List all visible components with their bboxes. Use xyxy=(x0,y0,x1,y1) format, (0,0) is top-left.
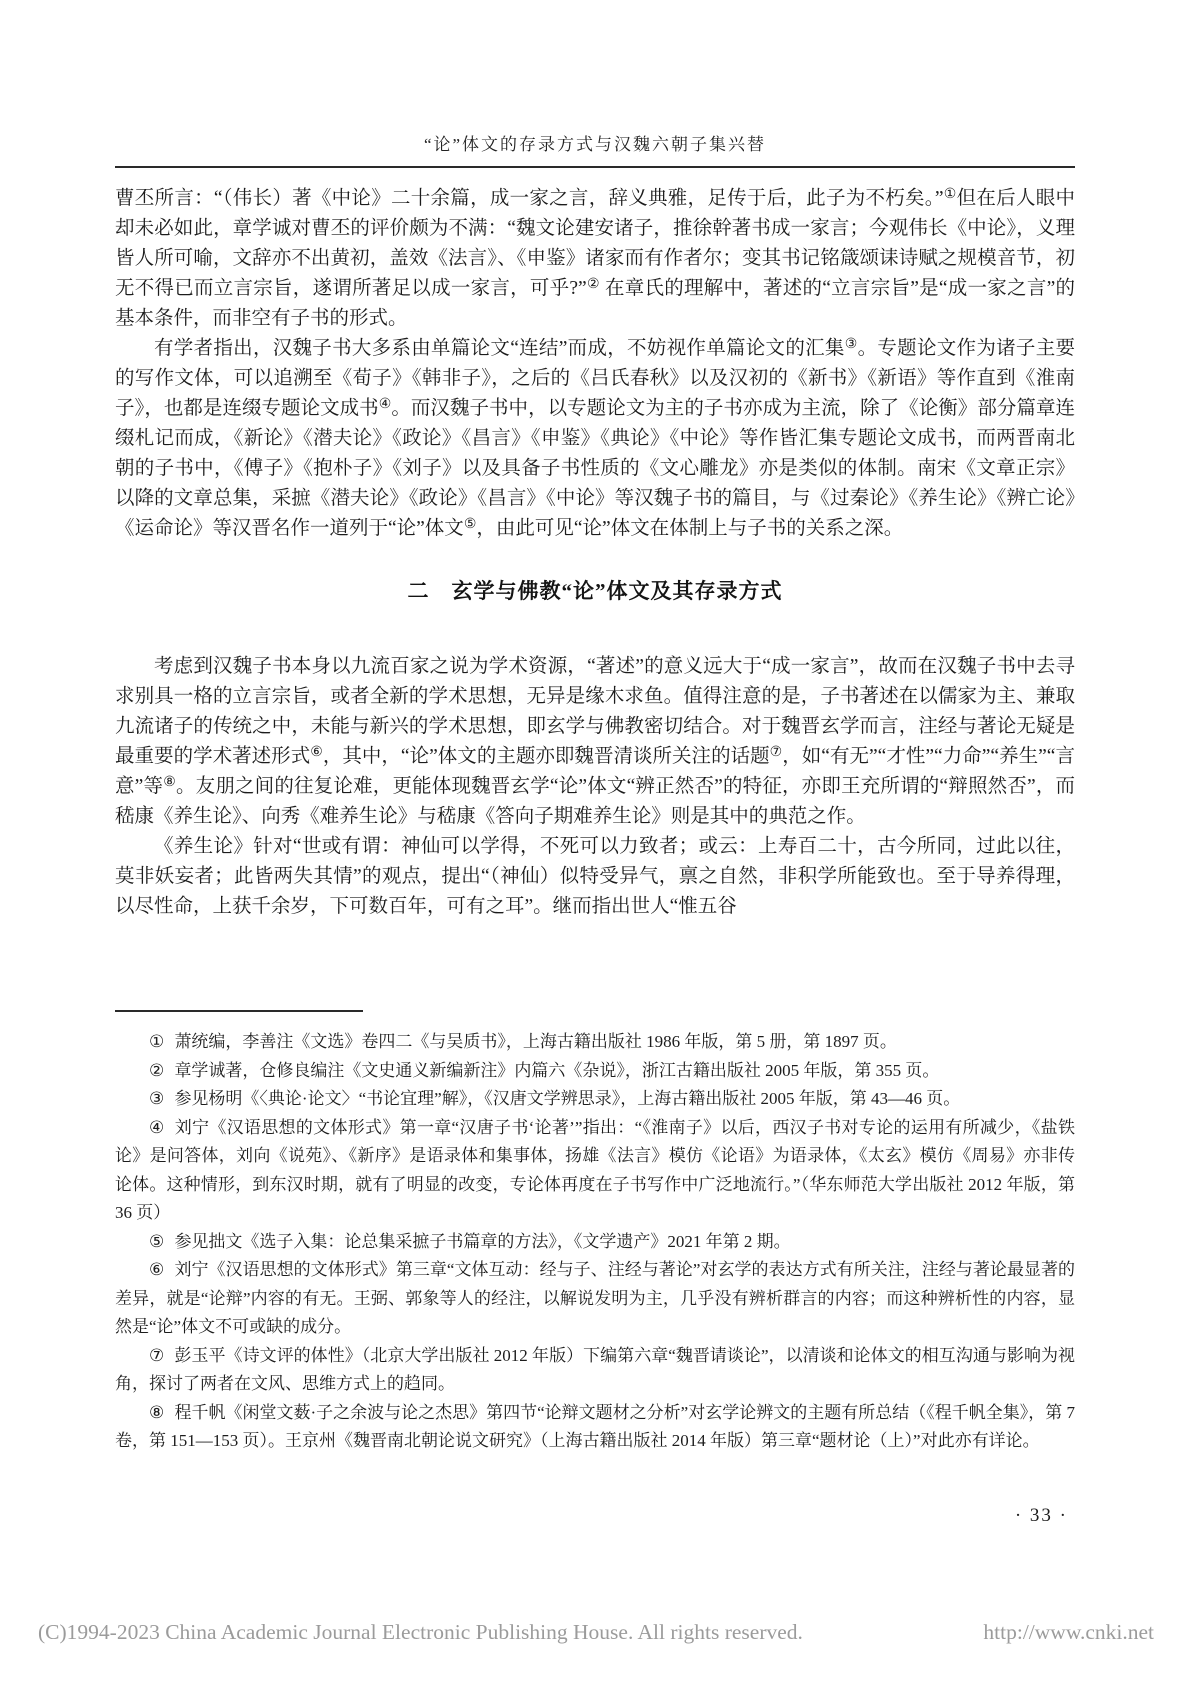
footnote-text: 程千帆《闲堂文薮·子之余波与论之杰思》第四节“论辩文题材之分析”对玄学论辨文的主… xyxy=(115,1403,1075,1451)
paragraph-2: 有学者指出，汉魏子书大多系由单篇论文“连结”而成，不妨视作单篇论文的汇集③。专题… xyxy=(115,334,1075,544)
header-rule xyxy=(115,166,1075,168)
footnote-marker: ⑥ xyxy=(149,1260,164,1279)
footer-url[interactable]: http://www.cnki.net xyxy=(983,1620,1154,1645)
footer: (C)1994-2023 China Academic Journal Elec… xyxy=(38,1620,1154,1645)
footnote-text: 萧统编，李善注《文选》卷四二《与吴质书》，上海古籍出版社 1986 年版，第 5… xyxy=(174,1032,897,1051)
paragraph-1: 曹丕所言：“（伟长）著《中论》二十余篇，成一家之言，辞义典雅，足传于后，此子为不… xyxy=(115,184,1075,334)
footnote-7: ⑦彭玉平《诗文评的体性》（北京大学出版社 2012 年版）下编第六章“魏晋请谈论… xyxy=(115,1342,1075,1399)
footnote-text: 参见拙文《选子入集：论总集采摭子书篇章的方法》，《文学遗产》2021 年第 2 … xyxy=(174,1232,790,1251)
footnote-text: 参见杨明《〈典论·论文〉“书论宜理”解》，《汉唐文学辨思录》，上海古籍出版社 2… xyxy=(174,1089,960,1108)
section-heading: 二 玄学与佛教“论”体文及其存录方式 xyxy=(115,574,1075,608)
footnote-marker: ③ xyxy=(149,1089,164,1108)
footnote-marker: ② xyxy=(149,1061,164,1080)
footnote-text: 彭玉平《诗文评的体性》（北京大学出版社 2012 年版）下编第六章“魏晋请谈论”… xyxy=(115,1346,1075,1394)
footnote-marker: ⑤ xyxy=(149,1232,164,1251)
journal-page: “论”体文的存录方式与汉魏六朝子集兴替 曹丕所言：“（伟长）著《中论》二十余篇，… xyxy=(0,0,1190,1683)
footnote-text: 刘宁《汉语思想的文体形式》第一章“汉唐子书‘论著’”指出：“《淮南子》以后，西汉… xyxy=(115,1118,1075,1223)
copyright-text: (C)1994-2023 China Academic Journal Elec… xyxy=(38,1620,803,1645)
footnote-text: 刘宁《汉语思想的文体形式》第三章“文体互动：经与子、注经与著论”对玄学的表达方式… xyxy=(115,1260,1075,1336)
footnote-6: ⑥刘宁《汉语思想的文体形式》第三章“文体互动：经与子、注经与著论”对玄学的表达方… xyxy=(115,1256,1075,1342)
footnote-marker: ⑧ xyxy=(149,1403,164,1422)
footnote-separator xyxy=(115,1010,363,1012)
footnote-marker: ④ xyxy=(149,1118,165,1137)
paragraph-4: 《养生论》针对“世或有谓：神仙可以学得，不死可以力致者；或云：上寿百二十，古今所… xyxy=(115,832,1075,922)
page-number: · 33 · xyxy=(1015,1505,1068,1527)
footnote-3: ③参见杨明《〈典论·论文〉“书论宜理”解》，《汉唐文学辨思录》，上海古籍出版社 … xyxy=(115,1085,1075,1114)
running-title: “论”体文的存录方式与汉魏六朝子集兴替 xyxy=(115,130,1075,155)
footnote-marker: ① xyxy=(149,1032,164,1051)
footnote-text: 章学诚著，仓修良编注《文史通义新编新注》内篇六《杂说》，浙江古籍出版社 2005… xyxy=(174,1061,939,1080)
footnote-5: ⑤参见拙文《选子入集：论总集采摭子书篇章的方法》，《文学遗产》2021 年第 2… xyxy=(115,1228,1075,1257)
article-body: 曹丕所言：“（伟长）著《中论》二十余篇，成一家之言，辞义典雅，足传于后，此子为不… xyxy=(115,184,1075,922)
footnote-4: ④刘宁《汉语思想的文体形式》第一章“汉唐子书‘论著’”指出：“《淮南子》以后，西… xyxy=(115,1114,1075,1228)
footnote-2: ②章学诚著，仓修良编注《文史通义新编新注》内篇六《杂说》，浙江古籍出版社 200… xyxy=(115,1057,1075,1086)
paragraph-3: 考虑到汉魏子书本身以九流百家之说为学术资源，“著述”的意义远大于“成一家言”，故… xyxy=(115,652,1075,832)
footnote-1: ①萧统编，李善注《文选》卷四二《与吴质书》，上海古籍出版社 1986 年版，第 … xyxy=(115,1028,1075,1057)
footnotes-section: ①萧统编，李善注《文选》卷四二《与吴质书》，上海古籍出版社 1986 年版，第 … xyxy=(115,1010,1075,1456)
footnote-marker: ⑦ xyxy=(149,1346,164,1365)
footnote-8: ⑧程千帆《闲堂文薮·子之余波与论之杰思》第四节“论辩文题材之分析”对玄学论辨文的… xyxy=(115,1399,1075,1456)
